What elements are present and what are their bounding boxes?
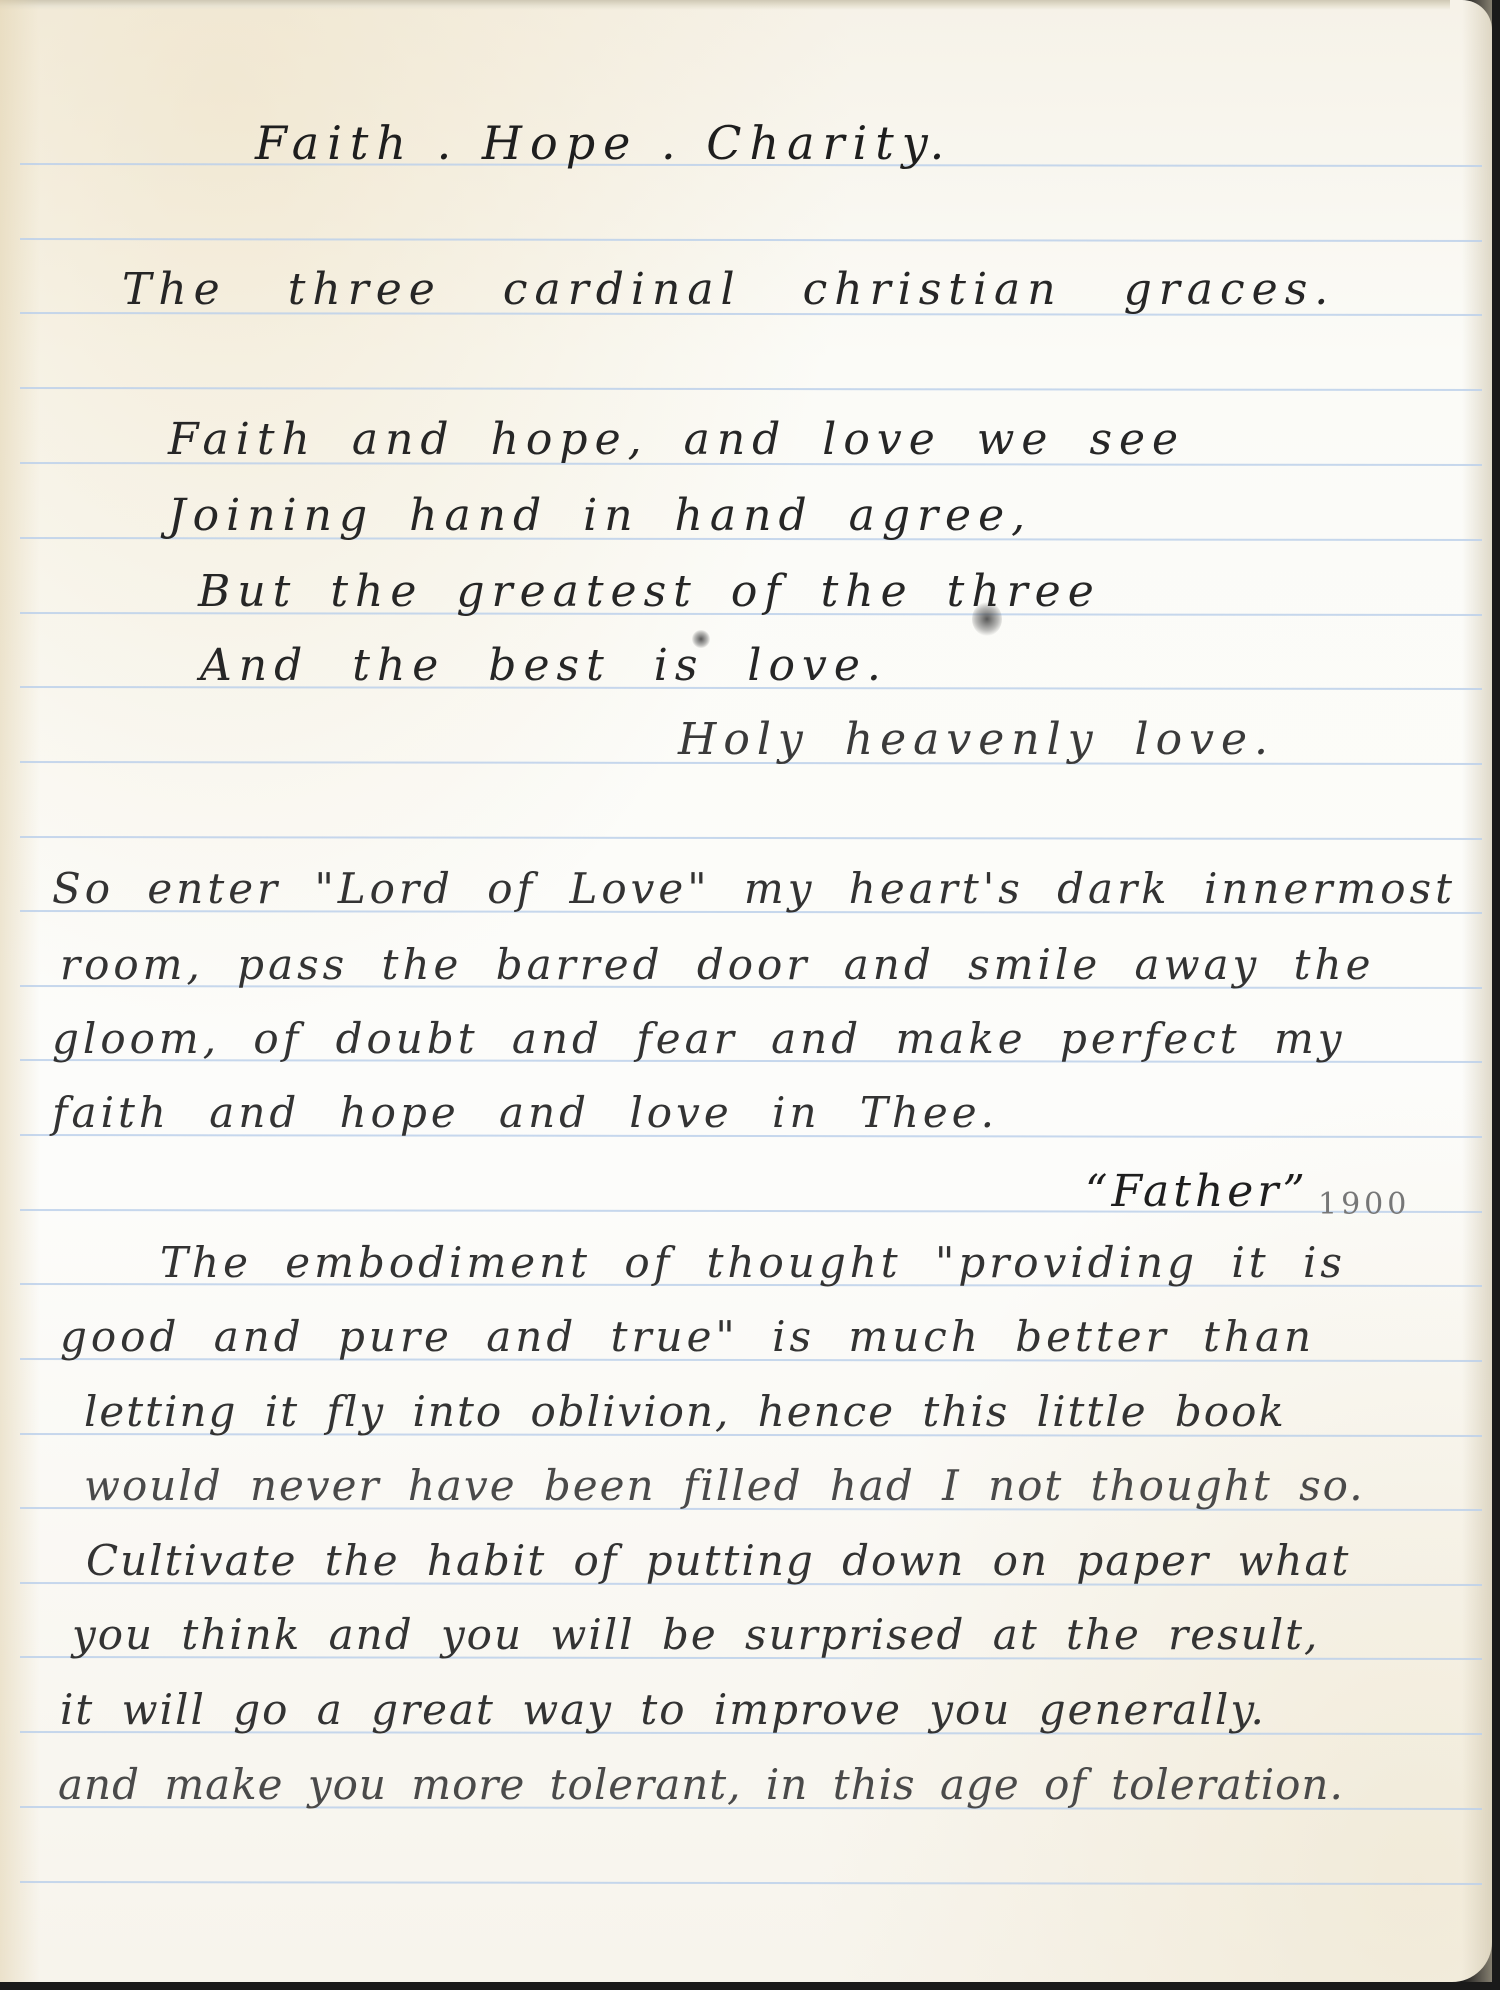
essay-line: good and pure and true" is much better t… (60, 1316, 1315, 1358)
prayer-line: room, pass the barred door and smile awa… (60, 944, 1374, 986)
ruled-line (20, 387, 1482, 391)
prayer-line: faith and hope and love in Thee. (52, 1092, 998, 1134)
verse-line: But the greatest of the three (198, 570, 1101, 614)
notebook-page: Faith . Hope . Charity. The three cardin… (0, 0, 1492, 1982)
prayer-line: gloom, of doubt and fear and make perfec… (52, 1018, 1346, 1060)
verse-line: Joining hand in hand agree, (168, 494, 1032, 538)
page-subtitle: The three cardinal christian graces. (122, 268, 1335, 312)
verse-line: And the best is love. (200, 644, 888, 688)
essay-line: you think and you will be surprised at t… (72, 1614, 1319, 1656)
ruled-line (20, 1881, 1482, 1885)
verse-tagline: Holy heavenly love. (678, 718, 1275, 762)
ruled-line (20, 836, 1482, 840)
essay-line: letting it fly into oblivion, hence this… (84, 1391, 1286, 1433)
year-label: 1900 (1318, 1190, 1410, 1220)
essay-line: it will go a great way to improve you ge… (60, 1689, 1266, 1731)
verse-line: Faith and hope, and love we see (168, 418, 1185, 462)
page-right-shade (1462, 0, 1492, 1982)
essay-line: and make you more tolerant, in this age … (58, 1764, 1344, 1806)
attribution: “Father” (1085, 1170, 1309, 1214)
essay-line: would never have been filled had I not t… (84, 1465, 1365, 1507)
essay-line: The embodiment of thought "providing it … (160, 1242, 1346, 1284)
page-top-edge (0, 0, 1450, 10)
page-left-shade (0, 0, 40, 1982)
essay-line: Cultivate the habit of putting down on p… (86, 1540, 1350, 1582)
page-title: Faith . Hope . Charity. (255, 120, 952, 166)
prayer-line: So enter "Lord of Love" my heart's dark … (52, 868, 1456, 910)
ruled-line (20, 238, 1482, 242)
